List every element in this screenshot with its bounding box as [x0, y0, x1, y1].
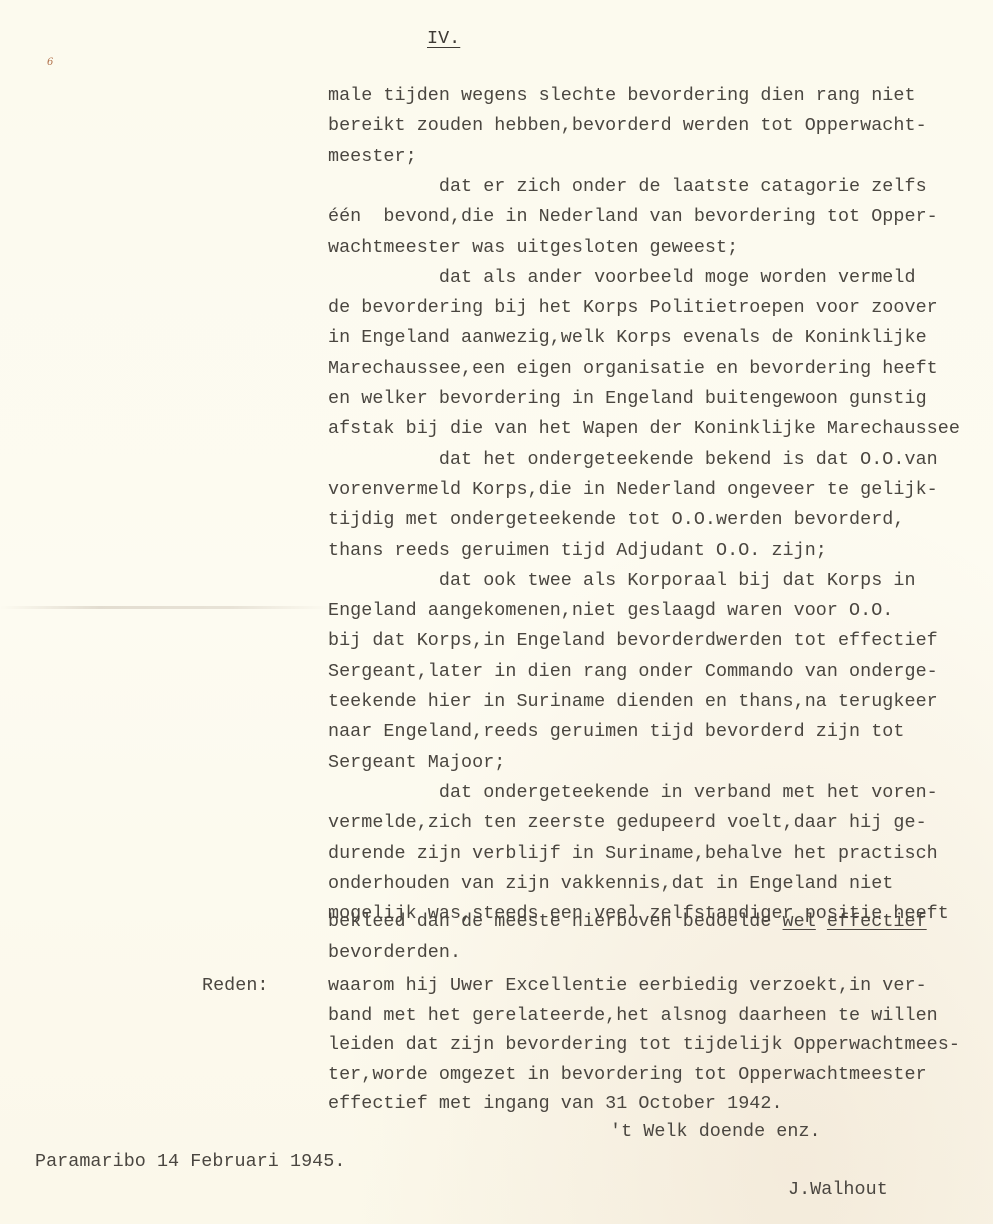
emphasis-wel: wel — [783, 911, 816, 932]
body-line: meester; — [328, 148, 417, 166]
body-line: één bevond,die in Nederland van bevorder… — [328, 208, 938, 226]
body-line: dat ook twee als Korporaal bij dat Korps… — [328, 572, 916, 590]
body-line: bereikt zouden hebben,bevorderd werden t… — [328, 117, 927, 135]
body-line: dat ondergeteekende in verband met het v… — [328, 784, 938, 802]
body-line: naar Engeland,reeds geruimen tijd bevord… — [328, 723, 904, 741]
page-number: IV. — [427, 30, 460, 48]
body-line: teekende hier in Suriname dienden en tha… — [328, 693, 938, 711]
emphasis-effectief: effectief — [827, 911, 927, 932]
body-line: tijdig met ondergeteekende tot O.O.werde… — [328, 511, 904, 529]
body-line: bij dat Korps,in Engeland bevorderdwerde… — [328, 632, 938, 650]
body-line: dat het ondergeteekende bekend is dat O.… — [328, 451, 938, 469]
place-and-date: Paramaribo 14 Februari 1945. — [35, 1153, 345, 1171]
body-line: Marechaussee,een eigen organisatie en be… — [328, 360, 938, 378]
paper-fold-line — [0, 606, 330, 609]
body-line: dat als ander voorbeeld moge worden verm… — [328, 269, 916, 287]
body-line: afstak bij die van het Wapen der Koninkl… — [328, 420, 960, 438]
signature: J.Walhout — [788, 1181, 888, 1199]
body-line: wachtmeester was uitgesloten geweest; — [328, 239, 738, 257]
reden-label: Reden: — [202, 977, 269, 995]
reden-line: ter,worde omgezet in bevordering tot Opp… — [328, 1066, 927, 1084]
body-line: Engeland aangekomenen,niet geslaagd ware… — [328, 602, 893, 620]
body-line: male tijden wegens slechte bevordering d… — [328, 87, 916, 105]
reden-line: waarom hij Uwer Excellentie eerbiedig ve… — [328, 977, 927, 995]
body-line-underlined: bekleed dan de meeste hierboven bedoelde… — [328, 913, 927, 931]
reden-line: band met het gerelateerde,het alsnog daa… — [328, 1007, 938, 1025]
body-line: de bevordering bij het Korps Politietroe… — [328, 299, 938, 317]
body-line: thans reeds geruimen tijd Adjudant O.O. … — [328, 542, 827, 560]
body-line: Sergeant Majoor; — [328, 754, 505, 772]
reden-line: leiden dat zijn bevordering tot tijdelij… — [328, 1036, 960, 1054]
body-line: onderhouden van zijn vakkennis,dat in En… — [328, 875, 893, 893]
margin-pencil-mark: 6 — [47, 57, 53, 68]
body-last-line: bevorderden. — [328, 944, 461, 962]
closing-formula: 't Welk doende enz. — [610, 1123, 821, 1141]
body-line: Sergeant,later in dien rang onder Comman… — [328, 663, 938, 681]
body-line: vorenvermeld Korps,die in Nederland onge… — [328, 481, 938, 499]
body-line: vermelde,zich ten zeerste gedupeerd voel… — [328, 814, 927, 832]
body-line: in Engeland aanwezig,welk Korps evenals … — [328, 329, 927, 347]
body-line: durende zijn verblijf in Suriname,behalv… — [328, 845, 938, 863]
reden-line: effectief met ingang van 31 October 1942… — [328, 1095, 783, 1113]
body-line: en welker bevordering in Engeland buiten… — [328, 390, 927, 408]
body-line: dat er zich onder de laatste catagorie z… — [328, 178, 927, 196]
